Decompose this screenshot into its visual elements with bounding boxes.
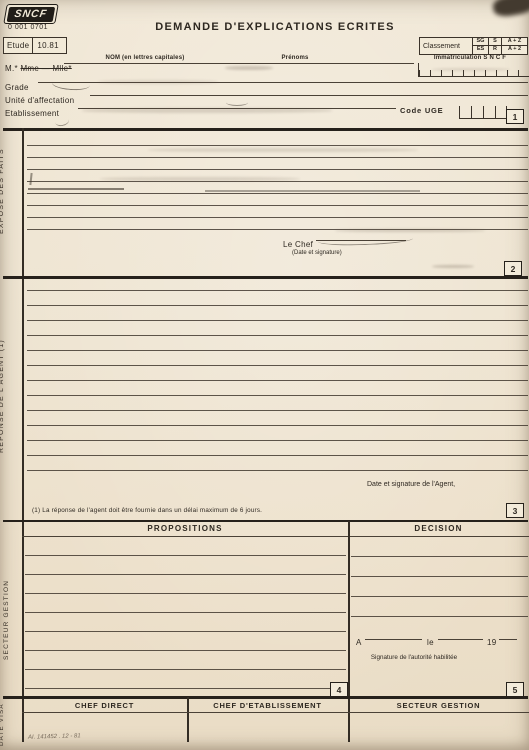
chef-label: Le Chef — [283, 240, 313, 249]
handwriting-pen-mark — [52, 77, 91, 92]
date-line — [438, 639, 483, 640]
classement-cell: R — [488, 46, 501, 54]
handwriting-smudge — [432, 68, 510, 71]
scanned-form-page: SNCF 0 001 0701 DEMANDE D'EXPLICATIONS E… — [0, 0, 529, 750]
etablissement-label: Etablissement — [5, 109, 59, 118]
table-side-label-inner: SECTEUR GESTION — [3, 580, 11, 660]
section-border-top — [3, 128, 528, 131]
classement-cell: S — [488, 38, 501, 46]
visa-header-underline — [22, 712, 529, 713]
scan-corner-artifact — [492, 0, 529, 18]
propositions-ruled-lines — [25, 537, 346, 689]
handwriting-smudge — [100, 177, 300, 181]
year-prefix: 19 — [487, 638, 497, 647]
corner-box-1: 1 — [506, 109, 524, 124]
section-border-3 — [3, 520, 528, 522]
classement-cell: ES — [473, 46, 488, 54]
etude-value: 10.81 — [32, 38, 63, 53]
civility-label: M.* Mme — Mlle* — [5, 64, 72, 73]
visa-col-chef-etablissement: CHEF D'ETABLISSEMENT — [187, 701, 348, 710]
classement-cell: A + 2 — [501, 46, 527, 54]
chef-sub-label: (Date et signature) — [292, 250, 342, 256]
reponse-side-label: REPONSE DE L'AGENT (1) — [0, 339, 6, 453]
visa-col-secteur-gestion: SECTEUR GESTION — [348, 701, 529, 710]
expose-side-label: EXPOSE DES FAITS — [0, 148, 6, 234]
corner-box-2: 2 — [504, 261, 522, 276]
prenoms-column-label: Prénoms — [250, 55, 340, 61]
printer-imprint: AI. 141452 . 12 - 81 — [28, 733, 81, 740]
handwriting-smudge — [148, 148, 418, 152]
year-line — [499, 639, 517, 640]
classement-cell: SG — [473, 38, 488, 46]
left-margin-rule — [22, 128, 24, 742]
decision-ruled-lines — [351, 537, 528, 627]
table-side-label-outer: CHEF D'ETABLISSEMENT — CHEF DIRECT — [0, 521, 1, 694]
classement-cell: A + Z — [501, 38, 527, 46]
corner-box-4: 4 — [330, 682, 348, 697]
name-field-line — [64, 63, 414, 64]
section-border-4 — [3, 696, 528, 699]
visa-side-label: DATE VISA — [0, 703, 6, 746]
handwriting-smudge — [335, 229, 485, 232]
code-uge-comb-field — [459, 106, 507, 119]
unite-field-line — [90, 95, 528, 96]
nom-column-label: NOM (en lettres capitales) — [80, 55, 210, 61]
footnote: (1) La réponse de l'agent doit être four… — [32, 507, 262, 514]
handwriting-pen-mark — [205, 190, 420, 192]
place-line — [365, 639, 422, 640]
handwriting-smudge — [432, 265, 474, 268]
classement-box: Classement SG S A + Z ES R A + 2 — [419, 37, 528, 55]
unite-label: Unité d'affectation — [5, 96, 74, 105]
etude-box: Etude 10.81 — [3, 37, 67, 54]
code-uge-label: Code UGE — [400, 106, 444, 115]
form-title: DEMANDE D'EXPLICATIONS ECRITES — [110, 21, 440, 33]
date-label: le — [427, 638, 434, 647]
etude-label: Etude — [4, 41, 32, 50]
propositions-header: PROPOSITIONS — [22, 524, 348, 533]
classement-grid: SG S A + Z ES R A + 2 — [472, 38, 527, 54]
visa-col-chef-direct: CHEF DIRECT — [22, 701, 187, 710]
sncf-logo: SNCF — [3, 4, 58, 24]
decision-header: DECISION — [348, 524, 529, 533]
sncf-logo-text: SNCF — [6, 7, 55, 22]
corner-box-5: 5 — [506, 682, 524, 697]
agent-signature-note: Date et signature de l'Agent, — [367, 481, 455, 488]
handwriting-pen-mark — [226, 99, 248, 106]
form-number: 0 001 0701 — [8, 24, 48, 31]
handwriting-pen-mark — [28, 188, 124, 190]
authority-signature-label: Signature de l'autorité habilitée — [353, 654, 475, 661]
place-label: A — [356, 638, 362, 647]
immatriculation-column-label: Immatriculation S N C F — [412, 55, 528, 61]
corner-box-3: 3 — [506, 503, 524, 518]
reponse-ruled-lines — [27, 276, 528, 472]
classement-label: Classement — [420, 43, 463, 50]
handwriting-pen-mark — [54, 115, 70, 128]
handwriting-smudge — [98, 80, 218, 84]
handwriting-smudge — [82, 108, 332, 113]
handwriting-smudge — [225, 66, 273, 70]
civility-struck: Mme — Mlle* — [20, 64, 71, 73]
handwriting-pen-mark — [318, 233, 413, 246]
civility-m: M.* — [5, 64, 18, 73]
grade-label: Grade — [5, 83, 29, 92]
